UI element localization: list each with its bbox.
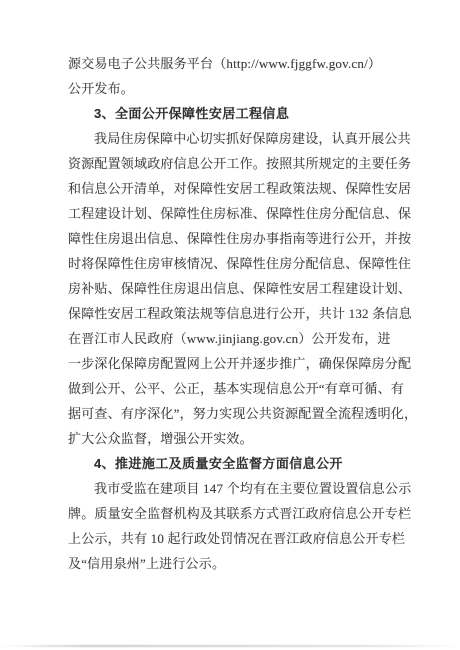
doc-line: 房补贴、保障性住房退出信息、保障性安居工程建设计划、 [68, 276, 398, 301]
section-heading-3: 3、全面公开保障性安居工程信息 [68, 101, 398, 126]
doc-line: 一步深化保障房配置网上公开并逐步推广，确保保障房分配 [68, 351, 398, 376]
doc-line: 工程建设计划、保障性住房标准、保障性住房分配信息、保 [68, 201, 398, 226]
doc-line: 在晋江市人民政府（www.jinjiang.gov.cn）公开发布，进 [68, 326, 398, 351]
doc-line: 做到公开、公平、公正，基本实现信息公开“有章可循、有 [68, 376, 398, 401]
doc-line: 上公示，共有 10 起行政处罚情况在晋江政府信息公开专栏 [68, 526, 398, 551]
doc-line: 资源配置领域政府信息公开工作。按照其所规定的主要任务 [68, 151, 398, 176]
document-body: 源交易电子公共服务平台（http://www.fjggfw.gov.cn/） 公… [68, 51, 398, 576]
doc-line: 保障性安居工程政策法规等信息进行公开，共计 132 条信息 [68, 301, 398, 326]
doc-line: 及“信用泉州”上进行公示。 [68, 551, 398, 576]
document-page: 源交易电子公共服务平台（http://www.fjggfw.gov.cn/） 公… [0, 0, 460, 650]
doc-line: 时将保障性住房审核情况、保障性住房分配信息、保障性住 [68, 251, 398, 276]
doc-line: 我局住房保障中心切实抓好保障房建设，认真开展公共 [68, 126, 398, 151]
doc-line: 源交易电子公共服务平台（http://www.fjggfw.gov.cn/） [68, 51, 398, 76]
page-bottom-edge-shadow [0, 645, 460, 647]
paragraph-section-4: 我市受监在建项目 147 个均有在主要位置设置信息公示 牌。质量安全监督机构及其… [68, 476, 398, 576]
paragraph-continuation: 源交易电子公共服务平台（http://www.fjggfw.gov.cn/） 公… [68, 51, 398, 101]
doc-line: 我市受监在建项目 147 个均有在主要位置设置信息公示 [68, 476, 398, 501]
section-heading-4: 4、推进施工及质量安全监督方面信息公开 [68, 451, 398, 476]
doc-line: 据可查、有序深化”，努力实现公共资源配置全流程透明化， [68, 401, 398, 426]
doc-line: 扩大公众监督，增强公开实效。 [68, 426, 398, 451]
doc-line: 牌。质量安全监督机构及其联系方式晋江政府信息公开专栏 [68, 501, 398, 526]
doc-line: 障性住房退出信息、保障性住房办事指南等进行公开，并按 [68, 226, 398, 251]
doc-line: 公开发布。 [68, 76, 398, 101]
doc-line: 和信息公开清单，对保障性安居工程政策法规、保障性安居 [68, 176, 398, 201]
paragraph-section-3: 我局住房保障中心切实抓好保障房建设，认真开展公共 资源配置领域政府信息公开工作。… [68, 126, 398, 451]
